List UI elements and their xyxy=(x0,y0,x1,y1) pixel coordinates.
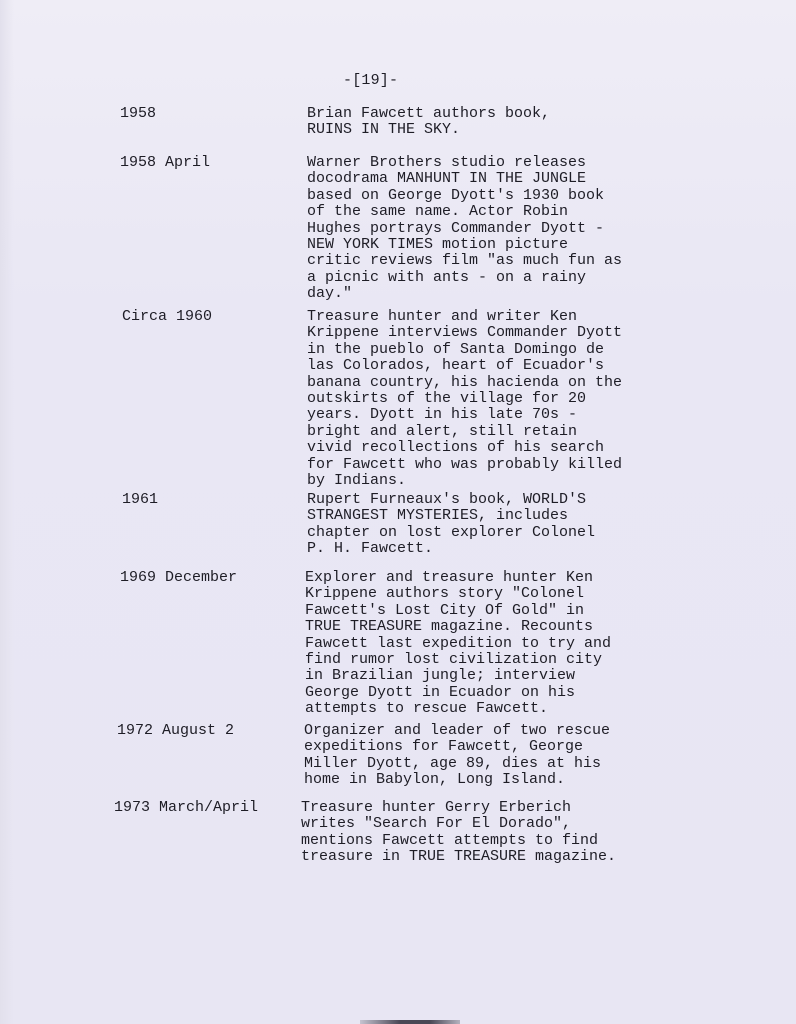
description-line: day." xyxy=(307,286,622,302)
scan-edge-shadow xyxy=(0,0,14,1024)
description-line: TRUE TREASURE magazine. Recounts xyxy=(305,619,611,635)
description-line: P. H. Fawcett. xyxy=(307,541,595,557)
description-line: Brian Fawcett authors book, xyxy=(307,106,550,122)
entry-date: 1958 xyxy=(120,106,156,122)
description-line: Miller Dyott, age 89, dies at his xyxy=(304,756,610,772)
description-line: mentions Fawcett attempts to find xyxy=(301,833,616,849)
description-line: George Dyott in Ecuador on his xyxy=(305,685,611,701)
description-line: Treasure hunter and writer Ken xyxy=(307,309,622,325)
page-number: -[19]- xyxy=(343,73,398,89)
description-line: Fawcett last expedition to try and xyxy=(305,636,611,652)
description-line: by Indians. xyxy=(307,473,622,489)
description-line: Treasure hunter Gerry Erberich xyxy=(301,800,616,816)
description-line: home in Babylon, Long Island. xyxy=(304,772,610,788)
description-line: Explorer and treasure hunter Ken xyxy=(305,570,611,586)
description-line: writes "Search For El Dorado", xyxy=(301,816,616,832)
entry-description: Warner Brothers studio releasesdocodrama… xyxy=(307,155,622,303)
entry-description: Organizer and leader of two rescueexpedi… xyxy=(304,723,610,789)
entry-description: Treasure hunter and writer KenKrippene i… xyxy=(307,309,622,489)
description-line: Organizer and leader of two rescue xyxy=(304,723,610,739)
description-line: outskirts of the village for 20 xyxy=(307,391,622,407)
entry-date: 1961 xyxy=(122,492,158,508)
description-line: las Colorados, heart of Ecuador's xyxy=(307,358,622,374)
description-line: Rupert Furneaux's book, WORLD'S xyxy=(307,492,595,508)
description-line: vivid recollections of his search xyxy=(307,440,622,456)
description-line: RUINS IN THE SKY. xyxy=(307,122,550,138)
description-line: Krippene interviews Commander Dyott xyxy=(307,325,622,341)
description-line: attempts to rescue Fawcett. xyxy=(305,701,611,717)
scan-artifact xyxy=(360,1020,460,1024)
description-line: critic reviews film "as much fun as xyxy=(307,253,622,269)
description-line: a picnic with ants - on a rainy xyxy=(307,270,622,286)
description-line: in the pueblo of Santa Domingo de xyxy=(307,342,622,358)
description-line: docodrama MANHUNT IN THE JUNGLE xyxy=(307,171,622,187)
description-line: find rumor lost civilization city xyxy=(305,652,611,668)
entry-date: 1958 April xyxy=(120,155,210,171)
description-line: Fawcett's Lost City Of Gold" in xyxy=(305,603,611,619)
entry-date: 1969 December xyxy=(120,570,237,586)
description-line: of the same name. Actor Robin xyxy=(307,204,622,220)
entry-description: Brian Fawcett authors book,RUINS IN THE … xyxy=(307,106,550,139)
description-line: STRANGEST MYSTERIES, includes xyxy=(307,508,595,524)
description-line: NEW YORK TIMES motion picture xyxy=(307,237,622,253)
description-line: years. Dyott in his late 70s - xyxy=(307,407,622,423)
description-line: Warner Brothers studio releases xyxy=(307,155,622,171)
entry-description: Rupert Furneaux's book, WORLD'SSTRANGEST… xyxy=(307,492,595,558)
description-line: in Brazilian jungle; interview xyxy=(305,668,611,684)
document-page: -[19]- 1958Brian Fawcett authors book,RU… xyxy=(0,0,796,1024)
description-line: bright and alert, still retain xyxy=(307,424,622,440)
entry-date: Circa 1960 xyxy=(122,309,212,325)
description-line: Hughes portrays Commander Dyott - xyxy=(307,221,622,237)
description-line: for Fawcett who was probably killed xyxy=(307,457,622,473)
description-line: chapter on lost explorer Colonel xyxy=(307,525,595,541)
description-line: Krippene authors story "Colonel xyxy=(305,586,611,602)
entry-date: 1972 August 2 xyxy=(117,723,234,739)
description-line: expeditions for Fawcett, George xyxy=(304,739,610,755)
description-line: treasure in TRUE TREASURE magazine. xyxy=(301,849,616,865)
description-line: based on George Dyott's 1930 book xyxy=(307,188,622,204)
description-line: banana country, his hacienda on the xyxy=(307,375,622,391)
entry-date: 1973 March/April xyxy=(114,800,258,816)
entry-description: Treasure hunter Gerry Erberichwrites "Se… xyxy=(301,800,616,866)
entry-description: Explorer and treasure hunter KenKrippene… xyxy=(305,570,611,718)
